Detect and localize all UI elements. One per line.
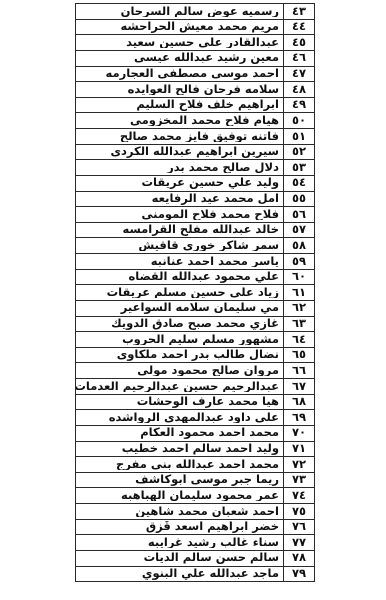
person-name-cell: خضر ابراهيم اسعد قَزق (76, 521, 283, 533)
table-row: علي داود عبدالمهدي الرواشده ٦٩ (76, 409, 314, 425)
person-name-cell: دلال صالح محمد بدر (76, 162, 283, 174)
person-name-cell: زياد علي حسين مسلم عريقات (76, 287, 283, 299)
table-row: عبدالقادر علي حسين سعيد ٤٥ (76, 34, 314, 50)
person-name-cell: احمد شعبان محمد شاهين (76, 506, 283, 518)
table-row: هيام فلاح محمد المخزومى ٥٠ (76, 112, 314, 128)
table-row: ماجد عبدالله علي البنوي ٧٩ (76, 566, 314, 582)
row-number-cell: ٥٨ (283, 238, 314, 253)
table-row: فلاح محمد فلاح المومني ٥٦ (76, 206, 314, 222)
row-number-cell: ٥٩ (283, 254, 314, 269)
row-number-cell: ٤٦ (283, 51, 314, 66)
row-number-cell: ٧٤ (283, 488, 314, 503)
table-row: سالم حسن سالم الديات ٧٨ (76, 550, 314, 566)
row-number-cell: ٦٧ (283, 379, 314, 394)
row-number-cell: ٧٩ (283, 567, 314, 582)
row-number-cell: ٥٢ (283, 145, 314, 160)
table-row: مشهور مسلم سليم الحروب ٦٤ (76, 331, 314, 347)
row-number-cell: ٧٧ (283, 535, 314, 550)
table-row: فاتنه توفيق فايز محمد صالح ٥١ (76, 128, 314, 144)
person-name-cell: ريما جبر موسى أبوكاشف (76, 474, 283, 486)
row-number-cell: ٦٨ (283, 395, 314, 410)
table-row: عبدالرحيم حسين عبدالرحيم العدمات ٦٧ (76, 378, 314, 394)
person-name-cell: محمد احمد عبدالله بنى مفرج (76, 459, 283, 471)
row-number-cell: ٧٦ (283, 520, 314, 535)
person-name-cell: سناء غالب رشيد غرايبه (76, 537, 283, 549)
person-name-cell: مريم محمد معيش الحراحشه (76, 21, 283, 33)
person-name-cell: علي محمود عبدالله القضاه (76, 271, 283, 283)
person-name-cell: محمد احمد محمود العكام (76, 427, 283, 439)
row-number-cell: ٧٣ (283, 473, 314, 488)
row-number-cell: ٦٢ (283, 301, 314, 316)
person-name-cell: هيا محمد عارف الوحشات (76, 396, 283, 408)
table-row: محمد احمد عبدالله بنى مفرج ٧٢ (76, 456, 314, 472)
table-row: نضال طالب بدر احمد ملكاوى ٦٥ (76, 347, 314, 363)
table-row: وليد احمد سالم احمد خطيب ٧١ (76, 441, 314, 457)
table-row: سلامه فرحان فالح العوايده ٤٨ (76, 81, 314, 97)
row-number-cell: ٤٤ (283, 20, 314, 35)
row-number-cell: ٥٦ (283, 207, 314, 222)
table-row: سيرين ابراهيم عبدالله الكردى ٥٢ (76, 144, 314, 160)
row-number-cell: ٤٣ (283, 4, 314, 19)
row-number-cell: ٧٨ (283, 551, 314, 566)
person-name-cell: رسميه عوض سالم السرحان (76, 6, 283, 18)
person-name-cell: وليد علي حسين عريقات (76, 177, 283, 189)
row-number-cell: ٦٣ (283, 317, 314, 332)
person-name-cell: عبدالقادر علي حسين سعيد (76, 37, 283, 49)
row-number-cell: ٦١ (283, 285, 314, 300)
person-name-cell: ابراهيم خلف فلاح السليم (76, 99, 283, 111)
row-number-cell: ٥١ (283, 129, 314, 144)
table-row: دلال صالح محمد بدر ٥٣ (76, 159, 314, 175)
table-row: خالد عبدالله مفلح القرامسه ٥٧ (76, 222, 314, 238)
table-row: امل محمد عيد الرفايعه ٥٥ (76, 191, 314, 207)
row-number-cell: ٥٣ (283, 160, 314, 175)
person-name-cell: معين رشيد عبدالله عيسى (76, 52, 283, 64)
person-name-cell: مشهور مسلم سليم الحروب (76, 334, 283, 346)
table-row: غازي محمد صبح صادق الدويك ٦٣ (76, 316, 314, 332)
person-name-cell: غازي محمد صبح صادق الدويك (76, 318, 283, 330)
person-name-cell: مي سليمان سلامه السواعير (76, 302, 283, 314)
table-row: هيا محمد عارف الوحشات ٦٨ (76, 394, 314, 410)
person-name-cell: سمر شاكر خوري قاقيش (76, 240, 283, 252)
row-number-cell: ٤٨ (283, 82, 314, 97)
names-list-table: رسميه عوض سالم السرحان ٤٣ مريم محمد معيش… (75, 3, 315, 582)
table-row: رسميه عوض سالم السرحان ٤٣ (76, 4, 314, 19)
table-row: ياسر محمد احمد عنانبه ٥٩ (76, 253, 314, 269)
row-number-cell: ٧٥ (283, 504, 314, 519)
person-name-cell: سيرين ابراهيم عبدالله الكردى (76, 146, 283, 158)
table-row: معين رشيد عبدالله عيسى ٤٦ (76, 50, 314, 66)
row-number-cell: ٧٠ (283, 426, 314, 441)
row-number-cell: ٥٠ (283, 113, 314, 128)
table-row: علي محمود عبدالله القضاه ٦٠ (76, 269, 314, 285)
table-row: سناء غالب رشيد غرايبه ٧٧ (76, 534, 314, 550)
row-number-cell: ٥٥ (283, 192, 314, 207)
row-number-cell: ٦٥ (283, 348, 314, 363)
row-number-cell: ٤٥ (283, 35, 314, 50)
row-number-cell: ٧١ (283, 442, 314, 457)
person-name-cell: علي داود عبدالمهدي الرواشده (76, 412, 283, 424)
table-row: محمد احمد محمود العكام ٧٠ (76, 425, 314, 441)
person-name-cell: سلامه فرحان فالح العوايده (76, 84, 283, 96)
person-name-cell: مروان صالح محمود مولى (76, 365, 283, 377)
row-number-cell: ٥٤ (283, 176, 314, 191)
table-row: سمر شاكر خوري قاقيش ٥٨ (76, 237, 314, 253)
table-row: احمد شعبان محمد شاهين ٧٥ (76, 503, 314, 519)
person-name-cell: فلاح محمد فلاح المومني (76, 209, 283, 221)
person-name-cell: احمد موسى مصطفى العجارمه (76, 68, 283, 80)
person-name-cell: نضال طالب بدر احمد ملكاوى (76, 349, 283, 361)
table-row: مروان صالح محمود مولى ٦٦ (76, 362, 314, 378)
person-name-cell: خالد عبدالله مفلح القرامسه (76, 224, 283, 236)
table-row: مريم محمد معيش الحراحشه ٤٤ (76, 19, 314, 35)
person-name-cell: عبدالرحيم حسين عبدالرحيم العدمات (76, 381, 283, 393)
person-name-cell: فاتنه توفيق فايز محمد صالح (76, 131, 283, 143)
table-row: عمر محمود سليمان الهباهبه ٧٤ (76, 487, 314, 503)
table-row: احمد موسى مصطفى العجارمه ٤٧ (76, 66, 314, 82)
row-number-cell: ٦٦ (283, 363, 314, 378)
row-number-cell: ٧٢ (283, 457, 314, 472)
table-row: مي سليمان سلامه السواعير ٦٢ (76, 300, 314, 316)
table-row: خضر ابراهيم اسعد قَزق ٧٦ (76, 519, 314, 535)
person-name-cell: هيام فلاح محمد المخزومى (76, 115, 283, 127)
person-name-cell: امل محمد عيد الرفايعه (76, 193, 283, 205)
person-name-cell: عمر محمود سليمان الهباهبه (76, 490, 283, 502)
row-number-cell: ٦٩ (283, 410, 314, 425)
table-row: ابراهيم خلف فلاح السليم ٤٩ (76, 97, 314, 113)
row-number-cell: ٦٠ (283, 270, 314, 285)
table-row: زياد علي حسين مسلم عريقات ٦١ (76, 284, 314, 300)
table-row: ريما جبر موسى أبوكاشف ٧٣ (76, 472, 314, 488)
row-number-cell: ٥٧ (283, 223, 314, 238)
row-number-cell: ٤٧ (283, 67, 314, 82)
person-name-cell: ياسر محمد احمد عنانبه (76, 256, 283, 268)
person-name-cell: وليد احمد سالم احمد خطيب (76, 443, 283, 455)
table-row: وليد علي حسين عريقات ٥٤ (76, 175, 314, 191)
row-number-cell: ٦٤ (283, 332, 314, 347)
row-number-cell: ٤٩ (283, 98, 314, 113)
person-name-cell: سالم حسن سالم الديات (76, 552, 283, 564)
person-name-cell: ماجد عبدالله علي البنوي (76, 568, 283, 580)
